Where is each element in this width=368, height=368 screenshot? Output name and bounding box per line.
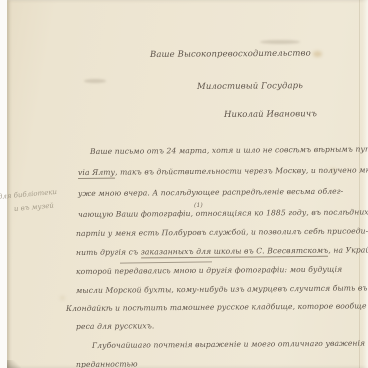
heading-text: Ваше Высокопревосходительство	[150, 49, 311, 60]
letter-line: преданностью	[76, 359, 138, 368]
pencil-smudge	[84, 79, 106, 83]
letter-salutation: Милостивый Государь	[197, 81, 303, 92]
paper-corner-shadow	[7, 360, 21, 368]
letter-line: реса для русскихъ.	[76, 321, 154, 331]
paper-right-edge	[362, 0, 368, 368]
pencil-smudge	[260, 40, 300, 44]
letter-line: нить другія съ заказанныхъ для школы въ …	[76, 245, 368, 257]
letter-heading: Ваше Высокопревосходительство	[150, 49, 311, 60]
salutation-text: Милостивый Государь	[197, 81, 303, 92]
letter-addressee: Николай Ивановичъ	[224, 109, 317, 120]
addressee-text: Николай Ивановичъ	[224, 109, 317, 120]
paper-stain	[60, 296, 65, 300]
paper-stain	[313, 51, 322, 57]
paper-crease	[359, 0, 360, 368]
scanned-letter-photo: Ваше Высокопревосходительство Милостивый…	[0, 0, 368, 368]
